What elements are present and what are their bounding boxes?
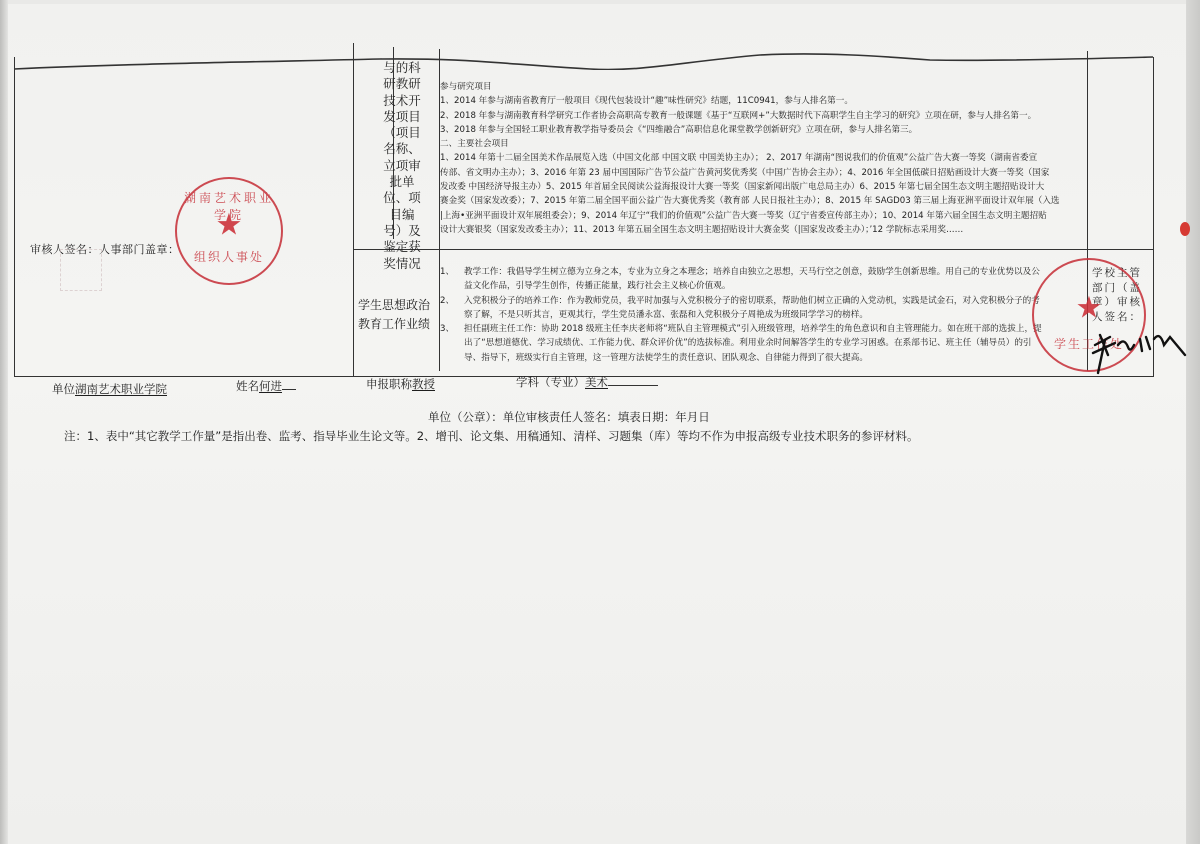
item-text: 担任副班主任工作：协助 2018 级班主任李庆老师将“班队自主管理模式”引入班级…: [464, 324, 1042, 334]
row-divider: [353, 249, 1153, 250]
moral-item: 1、教学工作：我倡导学生树立德为立身之本，专业为立身之本理念；培养自由独立之思想…: [440, 265, 1080, 279]
hr-department-stamp: 湖南艺术职业学院 ★ 组织人事处: [175, 177, 283, 285]
moral-education-label: 学生思想政治 教育工作业绩: [348, 296, 440, 334]
research-content: 参与研究项目 1、2014 年参与湖南省教育厅一般项目《现代包装设计“趣”味性研…: [440, 80, 1080, 237]
social-line: 1、2014 年第十二届全国美术作品展览入选（中国文化部 中国文联 中国美协主办…: [440, 151, 1080, 165]
social-line: 赛金奖（国家发改委）；7、2015 年第二届全国平面公益广告大赛优秀奖（教育部 …: [440, 194, 1080, 208]
label-line: 与的科: [378, 60, 426, 76]
item-text: 察了解，不是只听其言，更观其行，学生党员潘永富、张磊和入党积极分子周艳成为班级同…: [440, 308, 1080, 322]
title-field: 申报职称教授: [366, 376, 435, 392]
unit-field: 单位湖南艺术职业学院: [52, 381, 167, 397]
item-text: 益文化作品，引导学生创作，传播正能量，践行社会主义核心价值观。: [440, 279, 1080, 293]
label-line: 名称、: [378, 141, 426, 157]
label-line: 教育工作业绩: [348, 315, 440, 334]
subject-label: 学科（专业）: [516, 375, 585, 389]
label-line: 位、项: [378, 190, 426, 206]
social-line: |上海•亚洲平面设计双年展组委会）；9、2014 年辽宁“我们的价值观”公益广告…: [440, 209, 1080, 223]
star-icon: ★: [216, 207, 243, 242]
paper-left-shadow: [0, 0, 8, 844]
label-line: 技术开: [378, 93, 426, 109]
unit-value: 湖南艺术职业学院: [75, 382, 167, 396]
label-line: 立项审: [378, 158, 426, 174]
title-value: 教授: [412, 377, 435, 391]
research-item: 1、2014 年参与湖南省教育厅一般项目《现代包装设计“趣”味性研究》结题，11…: [440, 94, 1080, 108]
item-number: 2、: [440, 294, 464, 308]
handwritten-signature: [1090, 315, 1190, 375]
stamp-bottom-text: 组织人事处: [177, 248, 281, 265]
label-line: （项目: [378, 125, 426, 141]
paper-right-edge: [1186, 0, 1200, 844]
item-text: 出了“思想道德优、学习成绩优、工作能力优、群众评价优”的选拔标准。利用业余时间解…: [440, 336, 1080, 350]
red-ink-mark: [1180, 222, 1190, 236]
item-text: 导、指导下，班级实行自主管理，这一管理方法使学生的责任意识、团队观念、自律能力得…: [440, 351, 1080, 365]
unit-seal-sign-line: 单位（公章）：单位审核责任人签名：填表日期：年月日: [428, 409, 710, 425]
item-number: 3、: [440, 322, 464, 336]
moral-item: 2、入党积极分子的培养工作：作为教师党员，我平时加强与入党积极分子的密切联系，帮…: [440, 294, 1080, 308]
social-line: 设计大赛银奖（国家发改委主办）；11、2013 年第五届全国生态文明主题招贴设计…: [440, 223, 1080, 237]
name-field: 姓名何进: [236, 378, 296, 394]
research-item: 2、2018 年参与湖南教育科学研究工作者协会高职高专教育一般课题《基于“互联网…: [440, 109, 1080, 123]
research-item: 3、2018 年参与全国轻工职业教育教学指导委员会《“四维融合”高职信息化课堂教…: [440, 123, 1080, 137]
item-number: 1、: [440, 265, 464, 279]
blank-underline: [608, 375, 658, 386]
item-text: 教学工作：我倡导学生树立德为立身之本，专业为立身之本理念；培养自由独立之思想，天…: [464, 267, 1040, 277]
item-text: 入党积极分子的培养工作：作为教师党员，我平时加强与入党积极分子的密切联系，帮助他…: [464, 296, 1040, 306]
label-line: 发项目: [378, 109, 426, 125]
name-label: 姓名: [236, 379, 259, 393]
label-line: 批单: [378, 174, 426, 190]
label-line: 奖情况: [378, 256, 426, 272]
unit-label: 单位: [52, 382, 75, 396]
research-label: 与的科 研教研 技术开 发项目 （项目 名称、 立项审 批单 位、项 目编 号）…: [378, 60, 426, 272]
subject-field: 学科（专业）美术: [516, 374, 658, 390]
label-line: 学生思想政治: [348, 296, 440, 315]
reviewer-signature-label: 审核人签名：人事部门盖章：: [30, 241, 180, 257]
social-line: 传部、省文明办主办）；3、2016 年第 23 届中国国际广告节公益广告黄河奖优…: [440, 166, 1080, 180]
name-value: 何进: [259, 379, 282, 393]
label-line: 鉴定获: [378, 239, 426, 255]
label-line: 目编: [378, 207, 426, 223]
footnote: 注：1、表中“其它教学工作量”是指出卷、监考、指导毕业生论文等。2、增刊、论文集…: [64, 428, 919, 444]
label-line: 号）及: [378, 223, 426, 239]
social-line: 发改委 中国经济导报主办）5、2015 年首届全民阅读公益海报设计大赛一等奖（国…: [440, 180, 1080, 194]
faint-seal-mark: [60, 249, 102, 291]
moral-education-content: 1、教学工作：我倡导学生树立德为立身之本，专业为立身之本理念；培养自由独立之思想…: [440, 265, 1080, 365]
moral-item: 3、担任副班主任工作：协助 2018 级班主任李庆老师将“班队自主管理模式”引入…: [440, 322, 1080, 336]
subject-value: 美术: [585, 375, 608, 389]
research-heading: 参与研究项目: [440, 80, 1080, 94]
blank-underline: [282, 379, 296, 390]
label-line: 研教研: [378, 76, 426, 92]
title-label: 申报职称: [366, 377, 412, 391]
social-heading: 二、主要社会项目: [440, 137, 1080, 151]
